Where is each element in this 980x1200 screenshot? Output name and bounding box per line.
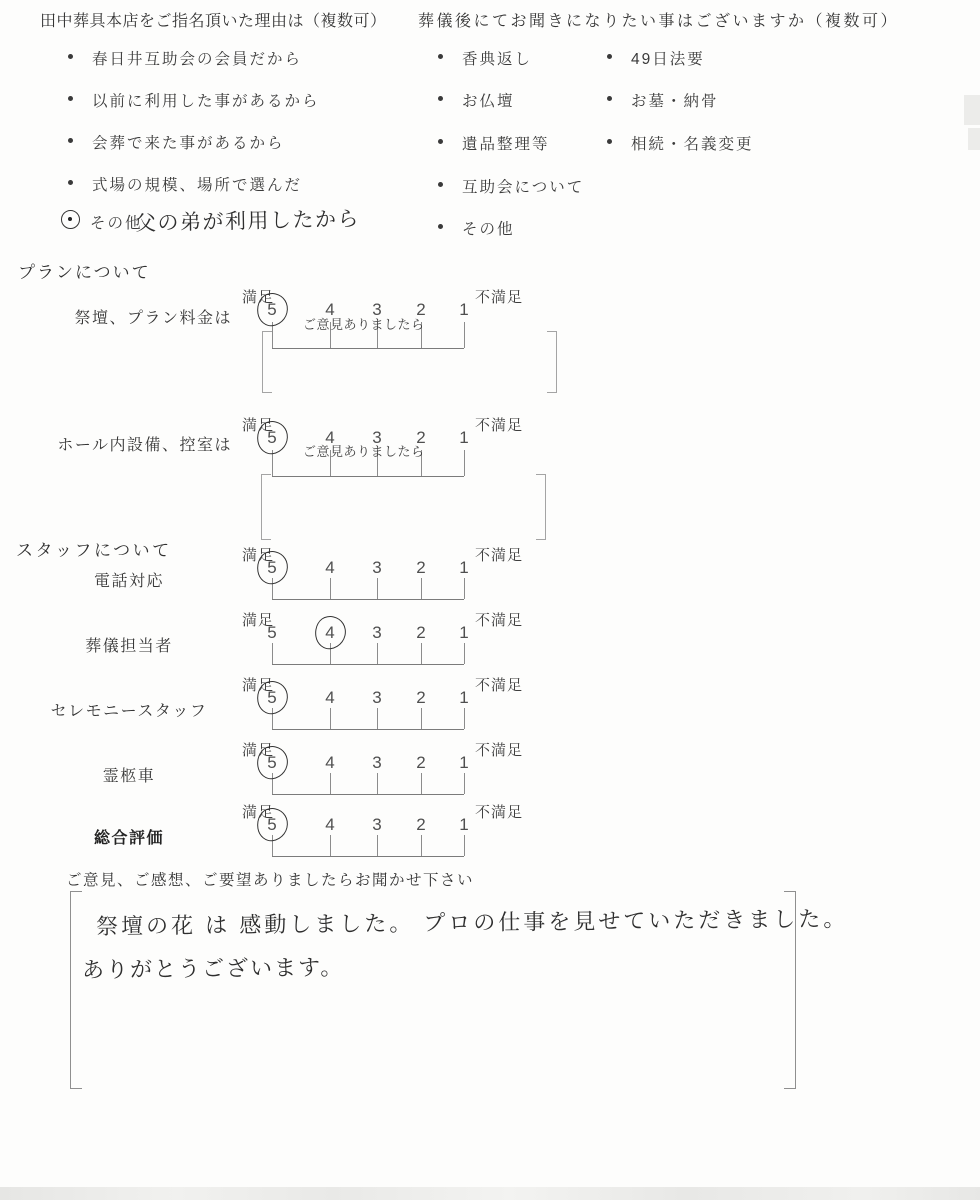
survey-form-page: 田中葬具本店をご指名頂いた理由は（複数可） 葬儀後にてお聞きになりたい事はござい…	[0, 0, 980, 1200]
scale-baseline	[272, 664, 464, 665]
rating-row-label: セレモニースタッフ	[28, 698, 230, 721]
rating-row-label: 葬儀担当者	[28, 633, 230, 656]
bullet-icon	[68, 54, 73, 59]
bullet-icon	[607, 96, 612, 101]
unsatisfied-label: 不満足	[475, 739, 523, 760]
checklist-item-label: 以前に利用した事があるから	[92, 89, 320, 111]
rating-row: 霊柩車満足不満足54321	[0, 737, 980, 801]
scale-tick	[272, 643, 273, 664]
scale-number: 1	[452, 428, 476, 448]
scale-tick	[330, 835, 331, 856]
checklist-item: 以前に利用した事があるから	[68, 89, 368, 113]
scale-tick	[464, 450, 465, 476]
checklist-item: 会葬で来た事があるから	[68, 131, 368, 155]
bullet-icon	[607, 54, 612, 59]
rating-row: 葬儀担当者満足不満足54321	[0, 607, 980, 671]
scale-number: 2	[409, 558, 433, 578]
comment-box	[261, 474, 546, 540]
scale-number: 3	[365, 688, 389, 708]
checklist-item: お墓・納骨	[607, 89, 827, 113]
scale-tick	[464, 708, 465, 729]
right-bracket	[547, 331, 557, 393]
rating-row: ホール内設備、控室は満足不満足54321ご意見ありましたら	[0, 411, 980, 541]
comment-box	[262, 331, 557, 393]
checklist-item: 春日井互助会の会員だから	[68, 47, 368, 71]
scale-number: 4	[318, 558, 342, 578]
bullet-icon	[68, 138, 73, 143]
checklist-item: 互助会について	[438, 175, 658, 199]
scale-tick	[377, 773, 378, 794]
scale-number: 1	[452, 623, 476, 643]
plan-section-heading: プランについて	[18, 258, 151, 283]
scale-baseline	[272, 794, 464, 795]
bullet-icon	[438, 224, 443, 229]
scan-artifact-bottom-band	[0, 1187, 980, 1200]
left-bracket	[261, 474, 271, 540]
scale-number: 3	[365, 558, 389, 578]
bullet-icon	[438, 54, 443, 59]
scale-tick	[464, 773, 465, 794]
checklist-item-label: 香典返し	[462, 47, 532, 69]
scale-tick	[377, 835, 378, 856]
scale-number: 2	[409, 753, 433, 773]
scale-number: 1	[452, 300, 476, 320]
scan-artifact-right-bottom	[968, 128, 980, 150]
scale-tick	[464, 643, 465, 664]
scale-number: 1	[452, 753, 476, 773]
scale-number: 1	[452, 558, 476, 578]
scale-number: 3	[365, 815, 389, 835]
bullet-icon	[438, 96, 443, 101]
unsatisfied-label: 不満足	[475, 544, 523, 565]
checklist-item-label: 式場の規模、場所で選んだ	[92, 173, 302, 195]
scale-number: 4	[318, 815, 342, 835]
scale-number: 1	[452, 815, 476, 835]
bullet-icon	[68, 180, 73, 185]
scale-tick	[421, 578, 422, 599]
scale-tick	[464, 578, 465, 599]
scale-tick	[377, 578, 378, 599]
scale-tick	[421, 835, 422, 856]
handwritten-comment-line2: ありがとうございます。	[82, 951, 345, 985]
rating-row: 祭壇、プラン料金は満足不満足54321ご意見ありましたら	[0, 283, 980, 398]
comments-prompt: ご意見、ご感想、ご要望ありましたらお聞かせ下さい	[66, 868, 474, 890]
scale-tick	[330, 773, 331, 794]
left-bracket	[262, 331, 272, 393]
checklist-item-label: 春日井互助会の会員だから	[92, 47, 302, 69]
scale-tick	[421, 643, 422, 664]
unsatisfied-label: 不満足	[475, 674, 523, 695]
scale-baseline	[272, 729, 464, 730]
scale-tick	[421, 708, 422, 729]
checklist-item-label: 互助会について	[462, 175, 584, 197]
checklist-item: 相続・名義変更	[607, 132, 827, 156]
scale-number: 4	[318, 688, 342, 708]
checklist-item-label: その他	[462, 217, 515, 239]
scale-tick	[464, 835, 465, 856]
unsatisfied-label: 不満足	[475, 609, 523, 630]
handwritten-other-note: 父の弟が利用したから	[135, 203, 361, 238]
left-bracket	[70, 891, 82, 1089]
checklist-item-label: お墓・納骨	[631, 89, 719, 111]
scan-artifact-right-top	[964, 95, 980, 125]
selected-bullet-circle-icon	[61, 210, 80, 229]
scale-number: 2	[409, 623, 433, 643]
scale-number: 3	[365, 623, 389, 643]
scale-number: 5	[260, 623, 284, 643]
scale-number: 4	[318, 753, 342, 773]
scale-tick	[421, 773, 422, 794]
comment-field-label: ご意見ありましたら	[303, 441, 425, 460]
bullet-icon	[607, 139, 612, 144]
selected-value-circle	[313, 614, 349, 651]
checklist-item-label: お仏壇	[462, 89, 515, 111]
checklist-item-label: 49日法要	[631, 47, 705, 69]
question1-title: 田中葬具本店をご指名頂いた理由は（複数可）	[40, 8, 387, 31]
scale-tick	[377, 643, 378, 664]
scale-tick	[330, 708, 331, 729]
scale-tick	[330, 578, 331, 599]
unsatisfied-label: 不満足	[475, 414, 523, 435]
checklist-item: 49日法要	[607, 47, 827, 71]
unsatisfied-label: 不満足	[475, 801, 523, 822]
checklist-item: 式場の規模、場所で選んだ	[68, 173, 368, 197]
question2-title: 葬儀後にてお聞きになりたい事はございますか（複数可）	[418, 8, 899, 31]
scale-number: 2	[409, 688, 433, 708]
rating-row-label: 祭壇、プラン料金は	[40, 305, 232, 328]
scale-number: 3	[365, 753, 389, 773]
bullet-icon	[438, 139, 443, 144]
rating-row-label: 霊柩車	[28, 763, 230, 786]
scale-tick	[377, 708, 378, 729]
scale-baseline	[272, 856, 464, 857]
checklist-item-label: 遺品整理等	[462, 132, 550, 154]
rating-row: セレモニースタッフ満足不満足54321	[0, 672, 980, 736]
rating-row-label: 電話対応	[28, 568, 230, 591]
checklist-item-label: 相続・名義変更	[631, 132, 754, 154]
bullet-icon	[68, 96, 73, 101]
right-bracket	[536, 474, 546, 540]
checklist-item-label: 会葬で来た事があるから	[92, 131, 285, 153]
unsatisfied-label: 不満足	[475, 286, 523, 307]
bullet-icon	[438, 182, 443, 187]
scale-number: 1	[452, 688, 476, 708]
rating-row-label: 総合評価	[28, 825, 230, 848]
checklist-item: その他	[438, 217, 658, 241]
rating-row: 電話対応満足不満足54321	[0, 542, 980, 606]
rating-row-label: ホール内設備、控室は	[40, 432, 232, 455]
rating-row: 総合評価満足不満足54321	[0, 799, 980, 863]
scale-number: 2	[409, 815, 433, 835]
scale-baseline	[272, 599, 464, 600]
